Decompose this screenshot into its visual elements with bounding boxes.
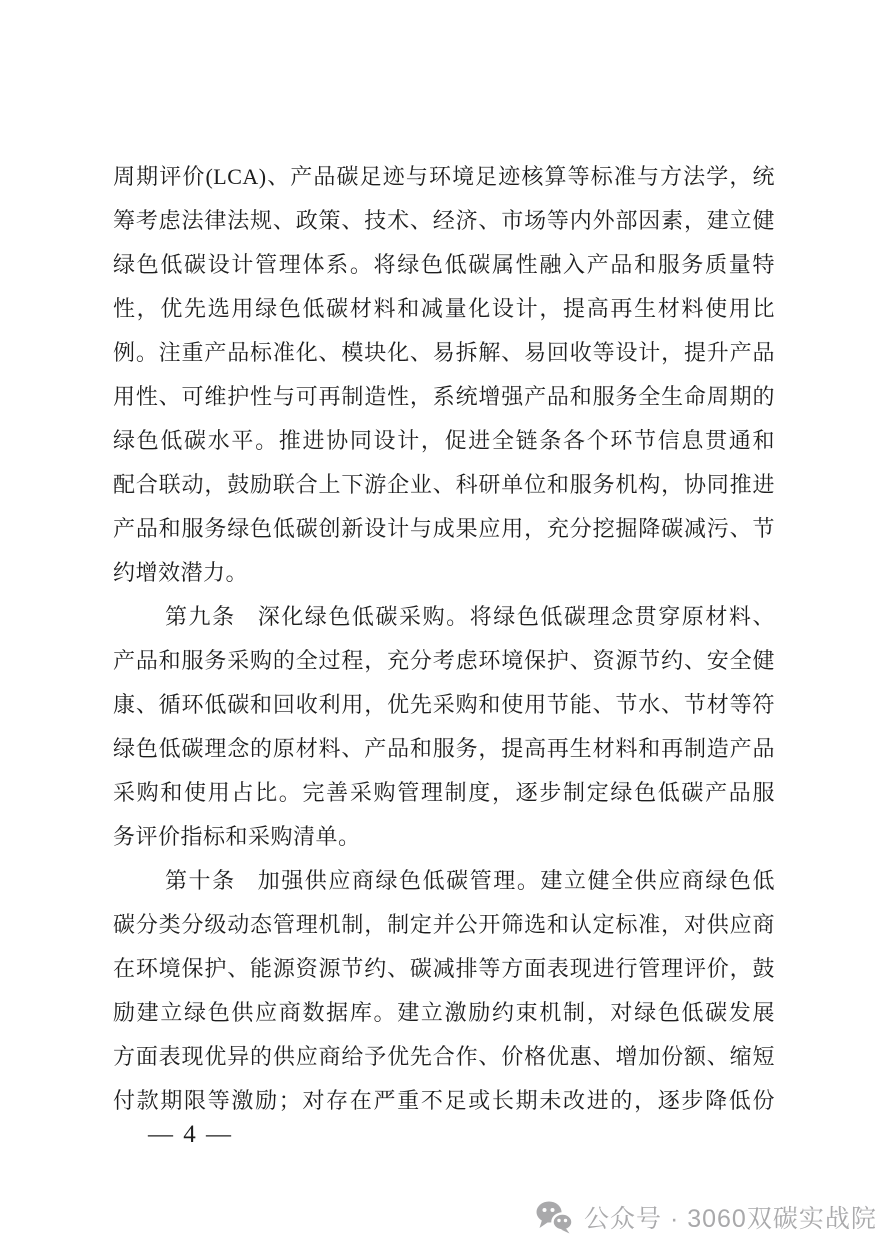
text-line: 务评价指标和采购清单。 — [113, 815, 775, 859]
text-line: 约增效潜力。 — [113, 551, 775, 595]
text-line: 配合联动，鼓励联合上下游企业、科研单位和服务机构，协同推进 — [113, 463, 775, 507]
text-line: 产品和服务采购的全过程，充分考虑环境保护、资源节约、安全健 — [113, 639, 775, 683]
article-number: 第十条 — [165, 868, 236, 893]
text-line: 付款期限等激励；对存在严重不足或长期未改进的，逐步降低份 — [113, 1079, 775, 1123]
text-line: 周期评价(LCA)、产品碳足迹与环境足迹核算等标准与方法学，统 — [113, 155, 775, 199]
text-line: 方面表现优异的供应商给予优先合作、价格优惠、增加份额、缩短 — [113, 1035, 775, 1079]
text-line: 筹考虑法律法规、政策、技术、经济、市场等内外部因素，建立健全 — [113, 199, 775, 243]
text-line: 绿色低碳设计管理体系。将绿色低碳属性融入产品和服务质量特 — [113, 243, 775, 287]
text-line: 康、循环低碳和回收利用，优先采购和使用节能、节水、节材等符合 — [113, 683, 775, 727]
text-line: 性，优先选用绿色低碳材料和减量化设计，提高再生材料使用比 — [113, 287, 775, 331]
document-text: 周期评价(LCA)、产品碳足迹与环境足迹核算等标准与方法学，统筹考虑法律法规、政… — [113, 155, 775, 1123]
text-line: 采购和使用占比。完善采购管理制度，逐步制定绿色低碳产品服 — [113, 771, 775, 815]
text-line: 励建立绿色供应商数据库。建立激励约束机制，对绿色低碳发展 — [113, 991, 775, 1035]
text-line: 例。注重产品标准化、模块化、易拆解、易回收等设计，提升产品耐 — [113, 331, 775, 375]
scanned-document-page: 周期评价(LCA)、产品碳足迹与环境足迹核算等标准与方法学，统筹考虑法律法规、政… — [0, 0, 886, 1252]
text-line: 绿色低碳理念的原材料、产品和服务，提高再生材料和再制造产品 — [113, 727, 775, 771]
text-line: 绿色低碳水平。推进协同设计，促进全链条各个环节信息贯通和 — [113, 419, 775, 463]
watermark: 公众号 · 3060双碳实战院 — [536, 1198, 877, 1236]
watermark-text: 公众号 · 3060双碳实战院 — [584, 1199, 877, 1235]
text-line: 产品和服务绿色低碳创新设计与成果应用，充分挖掘降碳减污、节 — [113, 507, 775, 551]
page-number: — 4 — — [148, 1118, 233, 1152]
article-number: 第九条 — [165, 604, 236, 629]
text-line: 用性、可维护性与可再制造性，系统增强产品和服务全生命周期的 — [113, 375, 775, 419]
text-line: 在环境保护、能源资源节约、碳减排等方面表现进行管理评价，鼓 — [113, 947, 775, 991]
wechat-icon — [536, 1201, 573, 1234]
text-line: 第十条加强供应商绿色低碳管理。建立健全供应商绿色低 — [113, 859, 775, 903]
text-line: 碳分类分级动态管理机制，制定并公开筛选和认定标准，对供应商 — [113, 903, 775, 947]
text-line: 第九条深化绿色低碳采购。将绿色低碳理念贯穿原材料、 — [113, 595, 775, 639]
